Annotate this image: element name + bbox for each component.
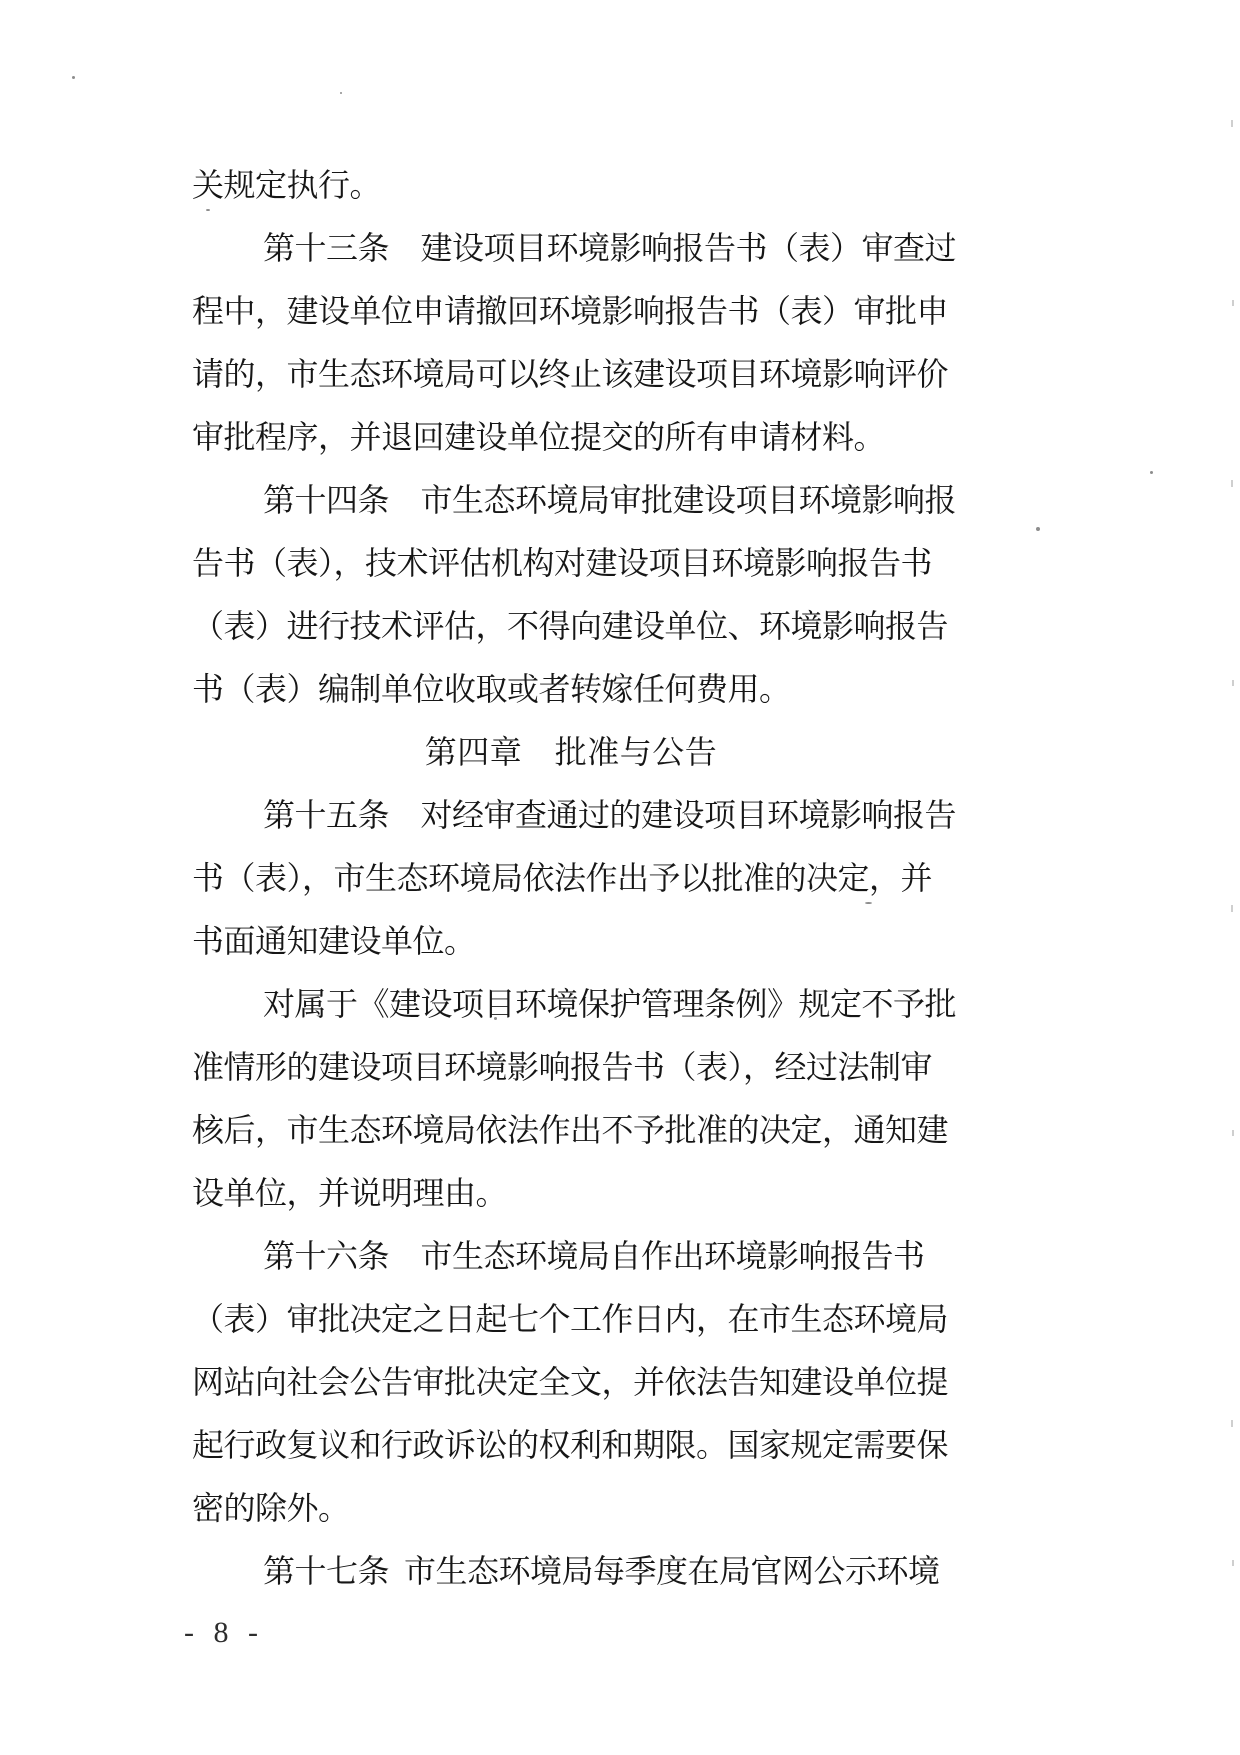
scan-edge-mark [1231,480,1233,487]
text-block: 关规定执行。第十三条 建设项目环境影响报告书（表）审查过程中，建设单位申请撤回环… [192,154,950,1603]
scan-speck [1036,527,1040,531]
scan-speck [494,1017,497,1020]
text-line: （表）审批决定之日起七个工作日内，在市生态环境局 [192,1288,950,1351]
text-line: 设单位，并说明理由。 [192,1162,950,1225]
text-line: 第十七条 市生态环境局每季度在局官网公示环境 [192,1540,950,1603]
text-line: 关规定执行。 [192,154,950,217]
text-line: 核后，市生态环境局依法作出不予批准的决定，通知建 [192,1099,950,1162]
scan-speck [340,92,342,94]
text-line: 准情形的建设项目环境影响报告书（表），经过法制审 [192,1036,950,1099]
text-line: 书（表）编制单位收取或者转嫁任何费用。 [192,658,950,721]
text-line: 第十五条 对经审查通过的建设项目环境影响报告 [192,784,950,847]
text-line: 书面通知建设单位。 [192,910,950,973]
text-line: 对属于《建设项目环境保护管理条例》规定不予批 [192,973,950,1036]
scan-edge-mark [1231,120,1233,127]
text-line: 起行政复议和行政诉讼的权利和期限。国家规定需要保 [192,1414,950,1477]
scan-edge-mark [1231,1420,1233,1427]
text-line: 请的，市生态环境局可以终止该建设项目环境影响评价 [192,343,950,406]
scan-edge-mark [1231,905,1233,912]
chapter-heading: 第四章 批准与公告 [192,721,950,784]
text-line: 告书（表），技术评估机构对建设项目环境影响报告书 [192,532,950,595]
text-line: 书（表），市生态环境局依法作出予以批准的决定，并 [192,847,950,910]
text-line: 第十六条 市生态环境局自作出环境影响报告书 [192,1225,950,1288]
scan-edge-mark [1232,1130,1234,1136]
text-line: （表）进行技术评估，不得向建设单位、环境影响报告 [192,595,950,658]
text-line: 审批程序，并退回建设单位提交的所有申请材料。 [192,406,950,469]
document-page: 关规定执行。第十三条 建设项目环境影响报告书（表）审查过程中，建设单位申请撤回环… [0,0,1240,1755]
scan-edge-mark [1232,1560,1234,1566]
text-line: 网站向社会公告审批决定全文，并依法告知建设单位提 [192,1351,950,1414]
scan-edge-mark [1232,680,1234,686]
text-line: 程中，建设单位申请撤回环境影响报告书（表）审批申 [192,280,950,343]
scan-speck [865,902,872,904]
scan-speck [1150,471,1153,474]
scan-speck [72,76,75,79]
text-line: 密的除外。 [192,1477,950,1540]
scan-edge-mark [1232,300,1234,306]
page-number: - 8 - [184,1616,264,1650]
scan-speck [206,209,210,211]
text-line: 第十四条 市生态环境局审批建设项目环境影响报 [192,469,950,532]
text-line: 第十三条 建设项目环境影响报告书（表）审查过 [192,217,950,280]
